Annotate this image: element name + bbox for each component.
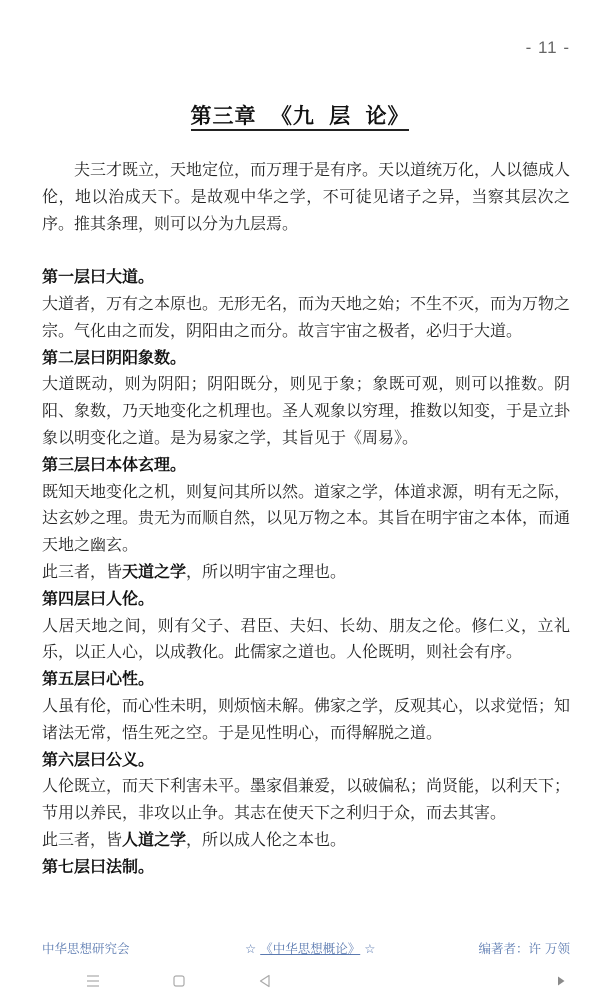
- summary-suffix: ，所以成人伦之本也。: [186, 830, 346, 849]
- heaven-summary: 此三者，皆天道之学，所以明宇宙之理也。: [42, 559, 570, 586]
- page-number: - 11 -: [526, 38, 570, 58]
- document-body: 夫三才既立，天地定位，而万理于是有序。天以道统万化，人以德成人伦，地以治成天下。…: [42, 157, 570, 881]
- layer-3-body: 既知天地变化之机，则复问其所以然。道家之学，体道求源，明有无之际，达玄妙之理。贵…: [42, 479, 570, 559]
- layer-3-heading: 第三层曰本体玄理。: [42, 452, 570, 479]
- layer-4-body: 人居天地之间，则有父子、君臣、夫妇、长幼、朋友之伦。修仁义，立礼乐，以正人心，以…: [42, 613, 570, 667]
- layer-6-body: 人伦既立，而天下利害未平。墨家倡兼爱，以破偏私；尚贤能，以利天下；节用以养民，非…: [42, 773, 570, 827]
- layer-2-heading: 第二层曰阴阳象数。: [42, 345, 570, 372]
- book-title-link[interactable]: 《中华思想概论》: [260, 941, 360, 956]
- home-square-icon: [172, 974, 186, 988]
- home-button[interactable]: [166, 968, 192, 994]
- layer-6-heading: 第六层曰公义。: [42, 747, 570, 774]
- summary-prefix: 此三者，皆: [42, 830, 122, 849]
- menu-button[interactable]: [80, 968, 106, 994]
- footer-author: 编著者：许 万领: [479, 939, 570, 957]
- star-icon: ☆: [364, 941, 375, 956]
- page-footer: 中华思想研究会 ☆ 《中华思想概论》 ☆ 编著者：许 万领: [0, 939, 600, 959]
- summary-prefix: 此三者，皆: [42, 562, 122, 581]
- menu-icon: [86, 974, 100, 988]
- summary-emphasis: 人道之学: [122, 830, 186, 849]
- layer-1-heading: 第一层曰大道。: [42, 264, 570, 291]
- summary-suffix: ，所以明宇宙之理也。: [186, 562, 346, 581]
- layer-7-heading: 第七层曰法制。: [42, 854, 570, 881]
- back-button[interactable]: [252, 968, 278, 994]
- next-page-button[interactable]: [548, 968, 574, 994]
- footer-book-title[interactable]: ☆ 《中华思想概论》 ☆: [245, 939, 375, 957]
- summary-emphasis: 天道之学: [122, 562, 186, 581]
- navigation-bar: [0, 968, 600, 994]
- layer-1-body: 大道者，万有之本原也。无形无名，而为天地之始；不生不灭，而为万物之宗。气化由之而…: [42, 291, 570, 345]
- layer-2-body: 大道既动，则为阴阳；阴阳既分，则见于象；象既可观，则可以推数。阴阳、象数，乃天地…: [42, 371, 570, 451]
- layer-5-body: 人虽有伦，而心性未明，则烦恼未解。佛家之学，反观其心，以求觉悟；知诸法无常，悟生…: [42, 693, 570, 747]
- back-triangle-icon: [258, 974, 272, 988]
- chapter-title-text: 第三章 《九 层 论》: [191, 104, 410, 131]
- footer-organization: 中华思想研究会: [42, 939, 130, 957]
- human-summary: 此三者，皆人道之学，所以成人伦之本也。: [42, 827, 570, 854]
- layer-4-heading: 第四层曰人伦。: [42, 586, 570, 613]
- layer-5-heading: 第五层曰心性。: [42, 666, 570, 693]
- chapter-title: 第三章 《九 层 论》: [0, 100, 600, 130]
- star-icon: ☆: [245, 941, 256, 956]
- next-page-icon: [555, 975, 567, 987]
- intro-paragraph: 夫三才既立，天地定位，而万理于是有序。天以道统万化，人以德成人伦，地以治成天下。…: [42, 157, 570, 237]
